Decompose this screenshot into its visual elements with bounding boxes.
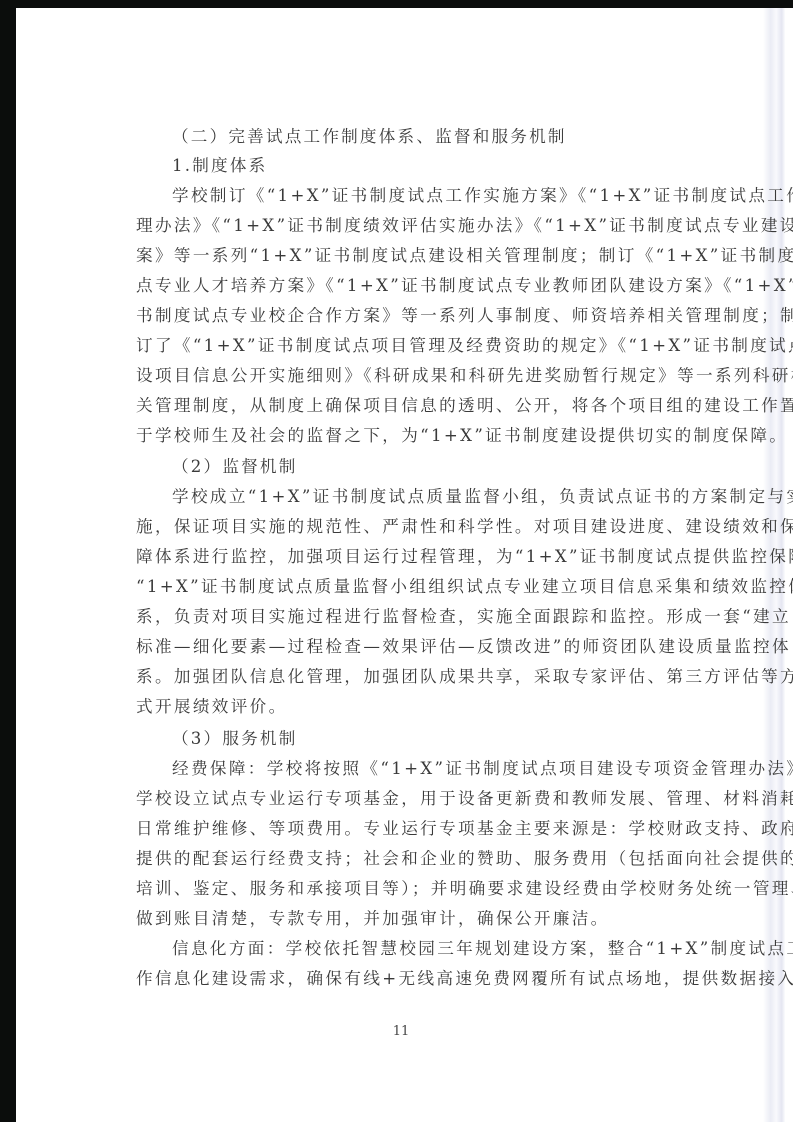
paragraph-line: 信息化方面：学校依托智慧校园三年规划建设方案，整合“1+X”制度试点工 xyxy=(172,934,688,964)
subsection-heading-service: （3）服务机制 xyxy=(172,724,298,754)
paragraph-line: 施，保证项目实施的规范性、严肃性和科学性。对项目建设进度、建设绩效和保 xyxy=(136,512,688,542)
paragraph-line: 式开展绩效评价。 xyxy=(136,692,688,722)
subsection-heading-supervision: （2）监督机制 xyxy=(172,452,298,482)
paragraph-line: 点专业人才培养方案》《“1+X”证书制度试点专业教师团队建设方案》《“1+X”证 xyxy=(136,271,688,301)
paragraph-line: 培训、鉴定、服务和承接项目等）；并明确要求建设经费由学校财务处统一管理、 xyxy=(136,874,688,904)
paragraph-line: 系。加强团队信息化管理，加强团队成果共享，采取专家评估、第三方评估等方 xyxy=(136,662,688,692)
subsection-heading-system: 1.制度体系 xyxy=(172,151,267,181)
paragraph-line: 作信息化建设需求，确保有线+无线高速免费网覆所有试点场地，提供数据接入保 xyxy=(136,964,688,994)
paragraph-line: 设项目信息公开实施细则》《科研成果和科研先进奖励暂行规定》等一系列科研相 xyxy=(136,361,688,391)
paragraph-line: 系，负责对项目实施过程进行监督检查，实施全面跟踪和监控。形成一套“建立 xyxy=(136,602,688,632)
paragraph-line: 学校成立“1+X”证书制度试点质量监督小组，负责试点证书的方案制定与实 xyxy=(172,482,688,512)
paragraph-line: 于学校师生及社会的监督之下，为“1+X”证书制度建设提供切实的制度保障。 xyxy=(136,421,688,451)
paragraph-line: 学校设立试点专业运行专项基金，用于设备更新费和教师发展、管理、材料消耗、 xyxy=(136,784,688,814)
section-heading: （二）完善试点工作制度体系、监督和服务机制 xyxy=(172,122,567,152)
document-page: （二）完善试点工作制度体系、监督和服务机制 1.制度体系 学校制订《“1+X”证… xyxy=(0,0,793,1122)
paragraph-line: 案》等一系列“1+X”证书制度试点建设相关管理制度；制订《“1+X”证书制度试 xyxy=(136,241,688,271)
page-number: 11 xyxy=(390,1024,412,1039)
paragraph-line: 学校制订《“1+X”证书制度试点工作实施方案》《“1+X”证书制度试点工作管 xyxy=(172,181,688,211)
paragraph-line: 经费保障：学校将按照《“1+X”证书制度试点项目建设专项资金管理办法》， xyxy=(172,754,688,784)
paragraph-line: 书制度试点专业校企合作方案》等一系列人事制度、师资培养相关管理制度；制 xyxy=(136,301,688,331)
paragraph-line: 理办法》《“1+X”证书制度绩效评估实施办法》《“1+X”证书制度试点专业建设方 xyxy=(136,211,688,241)
paragraph-line: 做到账目清楚，专款专用，并加强审计，确保公开廉洁。 xyxy=(136,904,688,934)
paragraph-line: 日常维护维修、等项费用。专业运行专项基金主要来源是：学校财政支持、政府 xyxy=(136,814,688,844)
paragraph-line: 关管理制度，从制度上确保项目信息的透明、公开，将各个项目组的建设工作置 xyxy=(136,391,688,421)
paragraph-line: “1+X”证书制度试点质量监督小组组织试点专业建立项目信息采集和绩效监控体 xyxy=(136,572,688,602)
paragraph-line: 订了《“1+X”证书制度试点项目管理及经费资助的规定》《“1+X”证书制度试点建 xyxy=(136,331,688,361)
paragraph-line: 提供的配套运行经费支持；社会和企业的赞助、服务费用（包括面向社会提供的 xyxy=(136,844,688,874)
paragraph-line: 标准—细化要素—过程检查—效果评估—反馈改进”的师资团队建设质量监控体 xyxy=(136,632,688,662)
paragraph-line: 障体系进行监控，加强项目运行过程管理，为“1+X”证书制度试点提供监控保障。 xyxy=(136,542,688,572)
